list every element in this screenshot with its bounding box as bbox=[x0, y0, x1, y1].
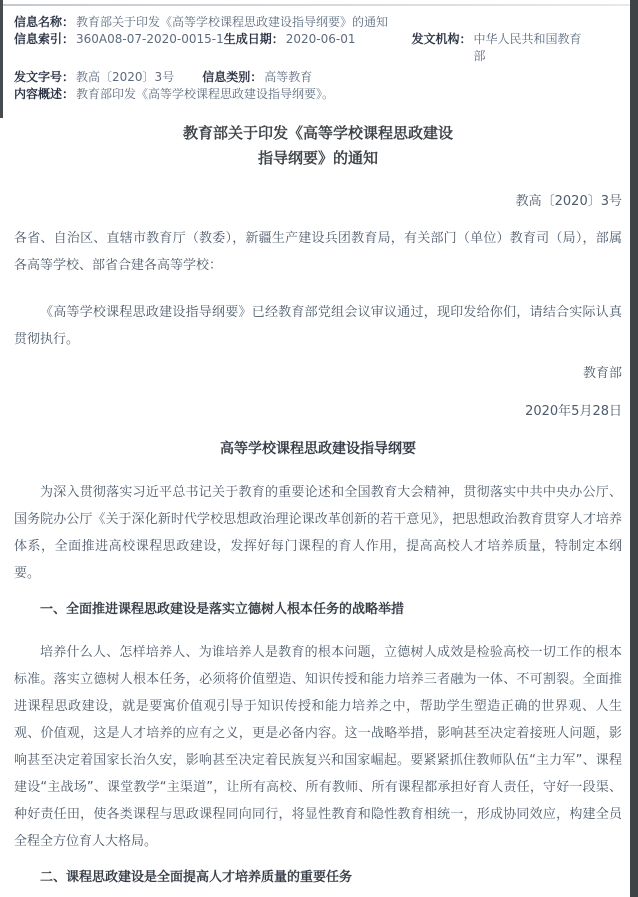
doc-number: 教高〔2020〕3号 bbox=[14, 193, 622, 211]
outline-intro-paragraph: 为深入贯彻落实习近平总书记关于教育的重要论述和全国教育大会精神，贯彻落实中共中央… bbox=[14, 479, 622, 587]
meta-value-index: 360A08-07-2020-0015-1 bbox=[76, 32, 224, 46]
addressee-paragraph: 各省、自治区、直辖市教育厅（教委），新疆生产建设兵团教育局，有关部门（单位）教育… bbox=[14, 225, 622, 279]
meta-value-summary: 教育部印发《高等学校课程思政建设指导纲要》。 bbox=[76, 87, 334, 101]
meta-value-agency: 中华人民共和国教育部 bbox=[473, 31, 589, 65]
meta-block: 信息名称：教育部关于印发《高等学校课程思政建设指导纲要》的通知 信息索引：360… bbox=[14, 14, 622, 103]
meta-label-date: 生成日期： bbox=[224, 32, 284, 46]
notice-title: 教育部关于印发《高等学校课程思政建设 指导纲要》的通知 bbox=[168, 121, 468, 171]
meta-label-docno: 发文字号： bbox=[14, 70, 74, 84]
scrollbar-track[interactable] bbox=[630, 0, 638, 897]
section-1-paragraph: 培养什么人、怎样培养人、为谁培养人是教育的根本问题，立德树人成效是检验高校一切工… bbox=[14, 639, 622, 855]
meta-label-category: 信息类别： bbox=[202, 70, 262, 84]
meta-value-docno: 教高〔2020〕3号 bbox=[76, 70, 174, 84]
meta-value-name: 教育部关于印发《高等学校课程思政建设指导纲要》的通知 bbox=[76, 15, 388, 29]
meta-row-name: 信息名称：教育部关于印发《高等学校课程思政建设指导纲要》的通知 bbox=[14, 14, 622, 31]
meta-row-docno-category: 发文字号：教高〔2020〕3号信息类别：高等教育 bbox=[14, 69, 622, 86]
signature-date: 2020年5月28日 bbox=[14, 403, 622, 421]
meta-label-agency: 发文机构： bbox=[411, 32, 471, 46]
section-1-heading: 一、全面推进课程思政建设是落实立德树人根本任务的战略举措 bbox=[14, 601, 622, 619]
notice-body-paragraph: 《高等学校课程思政建设指导纲要》已经教育部党组会议审议通过，现印发给你们，请结合… bbox=[14, 299, 622, 353]
notice-page: 信息名称：教育部关于印发《高等学校课程思政建设指导纲要》的通知 信息索引：360… bbox=[0, 0, 638, 897]
outline-title: 高等学校课程思政建设指导纲要 bbox=[14, 439, 622, 459]
meta-label-summary: 内容概述： bbox=[14, 87, 74, 101]
meta-label-name: 信息名称： bbox=[14, 15, 74, 29]
meta-label-index: 信息索引： bbox=[14, 32, 74, 46]
meta-row-index-date-agency: 信息索引：360A08-07-2020-0015-1生成日期：2020-06-0… bbox=[14, 31, 622, 65]
meta-value-date: 2020-06-01 bbox=[286, 32, 356, 46]
document-content: 信息名称：教育部关于印发《高等学校课程思政建设指导纲要》的通知 信息索引：360… bbox=[0, 0, 630, 887]
meta-row-summary: 内容概述：教育部印发《高等学校课程思政建设指导纲要》。 bbox=[14, 86, 622, 103]
signature: 教育部 bbox=[14, 365, 622, 383]
section-2-heading: 二、课程思政建设是全面提高人才培养质量的重要任务 bbox=[14, 869, 622, 887]
meta-value-category: 高等教育 bbox=[264, 70, 312, 84]
